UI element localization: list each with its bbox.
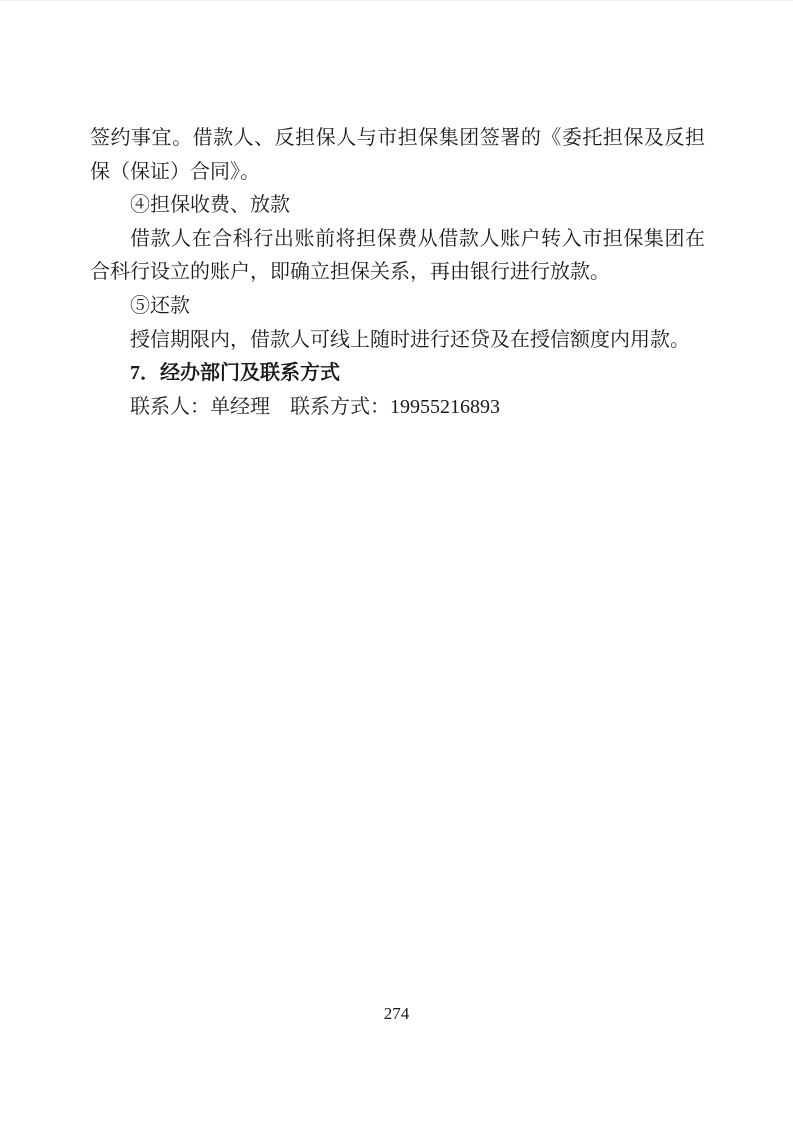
paragraph-guarantee-fee-process: 借款人在合科行出账前将担保费从借款人账户转入市担保集团在合科行设立的账户，即确立… — [90, 223, 705, 290]
paragraph-contact-info: 联系人：单经理 联系方式：19955216893 — [90, 391, 705, 425]
item-4-guarantee-fee-loan-heading: ④担保收费、放款 — [90, 189, 705, 223]
paragraph-contract-signing: 签约事宜。借款人、反担保人与市担保集团签署的《委托担保及反担保（保证）合同》。 — [90, 122, 705, 189]
page-number: 274 — [0, 1004, 793, 1024]
document-content: 签约事宜。借款人、反担保人与市担保集团签署的《委托担保及反担保（保证）合同》。 … — [90, 122, 705, 424]
document-page: 签约事宜。借款人、反担保人与市担保集团签署的《委托担保及反担保（保证）合同》。 … — [0, 0, 793, 1122]
paragraph-repayment-terms: 授信期限内，借款人可线上随时进行还贷及在授信额度内用款。 — [90, 324, 705, 358]
section-7-heading: 7．经办部门及联系方式 — [90, 357, 705, 391]
item-5-repayment-heading: ⑤还款 — [90, 290, 705, 324]
